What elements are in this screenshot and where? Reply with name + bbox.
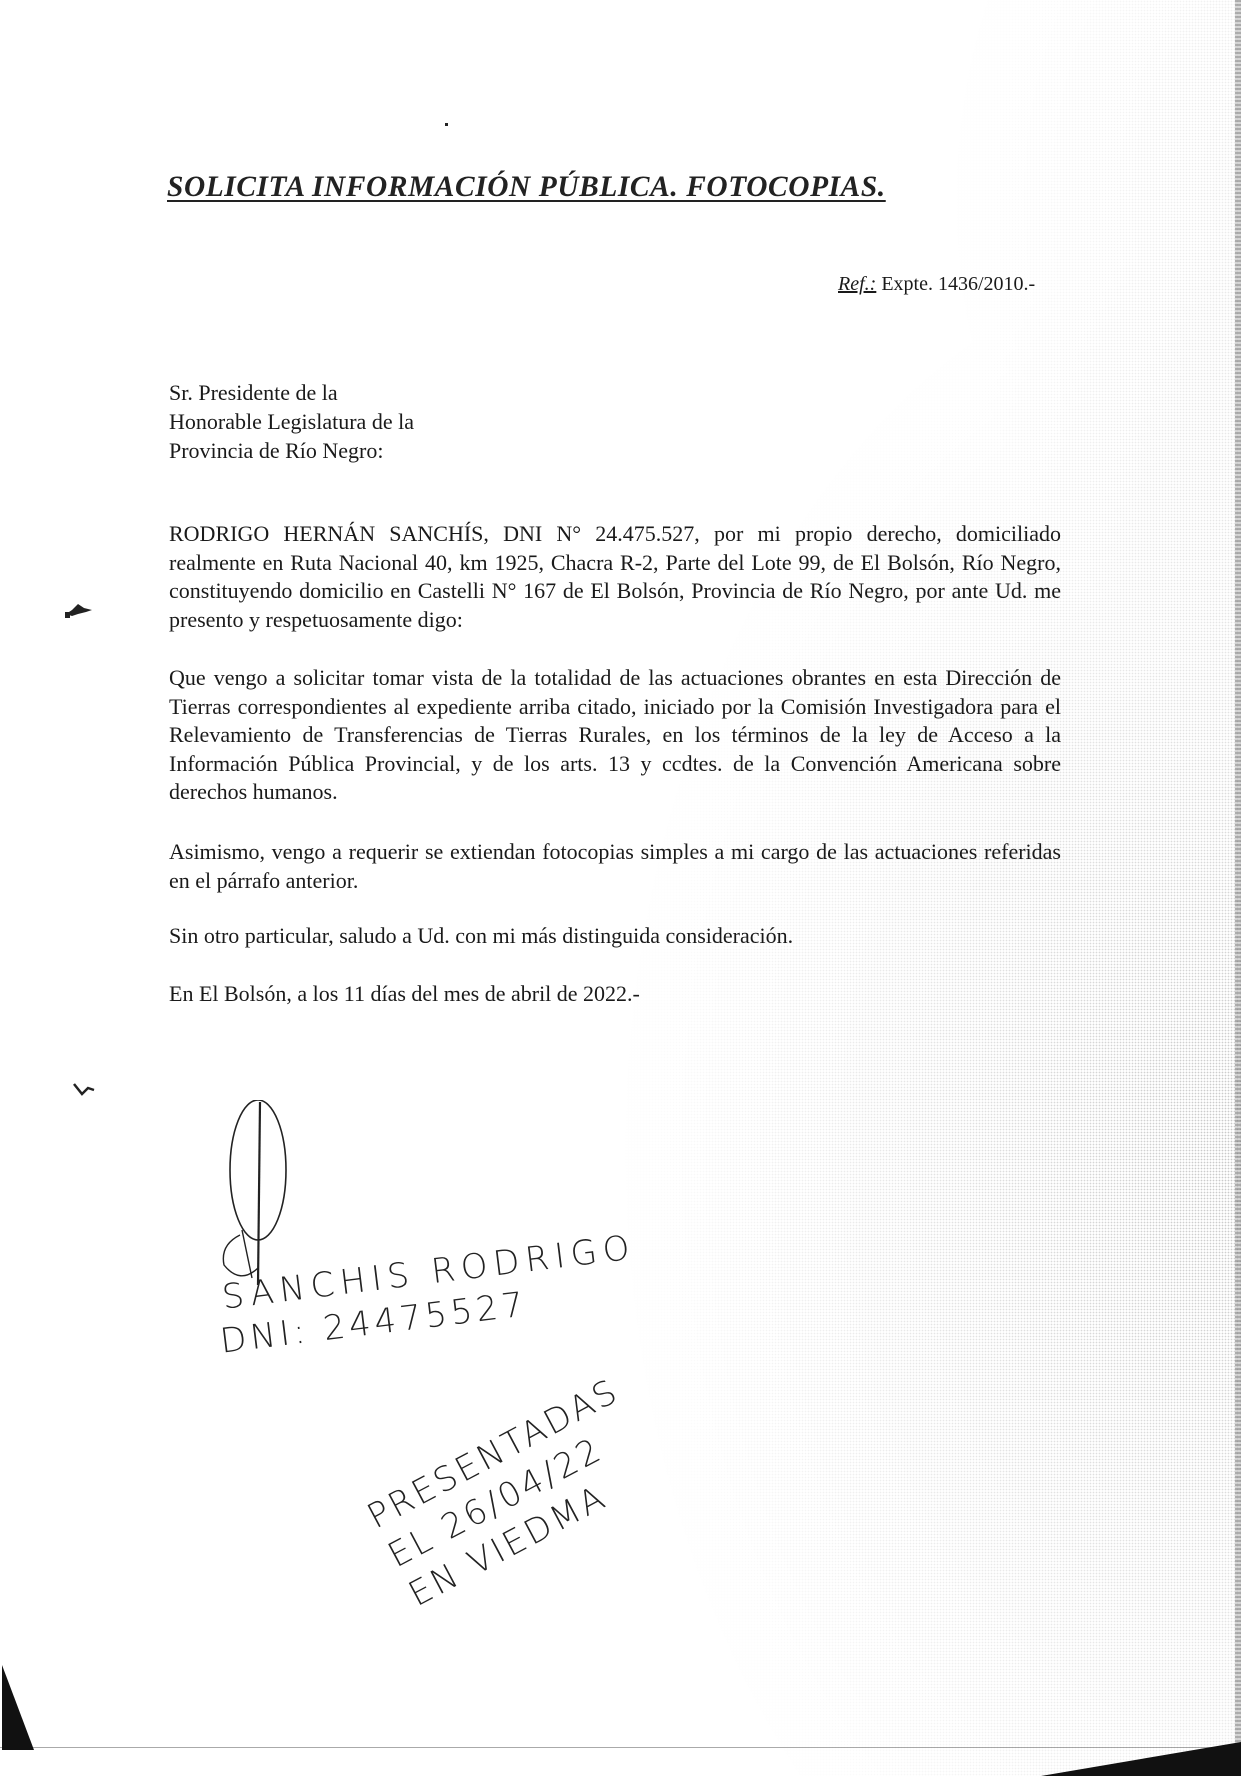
addressee-line: Provincia de Río Negro: [169, 436, 414, 465]
paragraph-place-date: En El Bolsón, a los 11 días del mes de a… [169, 980, 1061, 1009]
signature-icon [210, 1100, 300, 1290]
reference-label: Ref.: [838, 273, 876, 295]
paragraph-petitioner: RODRIGO HERNÁN SANCHÍS, DNI N° 24.475.52… [169, 520, 1061, 634]
paragraph-request-copies: Asimismo, vengo a requerir se extiendan … [169, 838, 1061, 895]
page-edge-right [1235, 0, 1241, 1776]
document-title: SOLICITA INFORMACIÓN PÚBLICA. FOTOCOPIAS… [167, 170, 886, 204]
addressee-line: Sr. Presidente de la [169, 378, 414, 407]
paragraph-request-view: Que vengo a solicitar tomar vista de la … [169, 664, 1061, 807]
reference-value: Expte. 1436/2010.- [881, 273, 1035, 295]
addressee-block: Sr. Presidente de la Honorable Legislatu… [169, 378, 414, 465]
scan-shadow-bottom-right [1041, 1742, 1241, 1776]
reference-line: Ref.: Expte. 1436/2010.- [838, 273, 1035, 296]
scan-speck [445, 123, 448, 126]
paragraph-closing: Sin otro particular, saludo a Ud. con mi… [169, 922, 1061, 951]
addressee-line: Honorable Legislatura de la [169, 407, 414, 436]
margin-mark-icon [62, 598, 102, 623]
scan-shadow-bottom-left [2, 1665, 34, 1750]
handwritten-presentation-note: PRESENTADAS EL 26/04/22 EN VIEDMA [360, 1369, 668, 1616]
margin-tick-icon [72, 1080, 112, 1105]
